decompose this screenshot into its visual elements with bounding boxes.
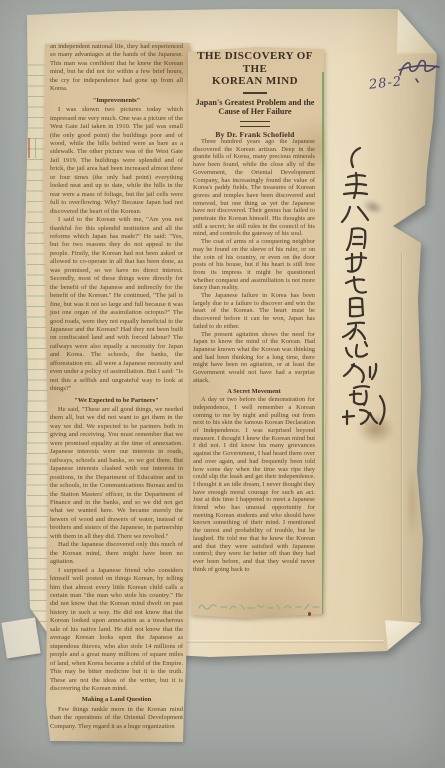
article-paragraph: Three hundred years ago the Japanese dis… [193, 138, 315, 238]
article-paragraph: The present agitation shows the need for… [193, 331, 315, 385]
article-headline-line1: THE DISCOVERY OF THE [191, 50, 319, 75]
headline-rule [243, 92, 267, 94]
byline-rule [240, 121, 270, 127]
article-paragraph: I was shown two pictures today which imp… [50, 106, 183, 216]
ink-scribble [396, 56, 442, 84]
article-subheading: A Secret Movement [193, 388, 315, 396]
article-subheading: Making a Land Question [50, 696, 183, 704]
red-ink-dot [308, 612, 311, 616]
article-paragraph: an independent national life, they had e… [50, 43, 183, 94]
paper-fragment [1, 618, 40, 659]
vertical-crease [401, 253, 403, 615]
article-subhead-line2: Cause of Her Failure [191, 107, 319, 117]
article-column-right: Three hundred years ago the Japanese dis… [193, 138, 315, 600]
vertical-handwriting-note [334, 136, 398, 428]
newspaper-clipping-left: an independent national life, they had e… [40, 37, 191, 744]
edge-streak-stain [407, 468, 417, 538]
article-masthead: THE DISCOVERY OF THE KOREAN MIND Japan's… [191, 50, 319, 139]
article-paragraph: The Japanese failure in Korea has been l… [193, 292, 315, 331]
article-subheading: "We Expected to be Partners" [50, 397, 183, 405]
photo-background: an independent national life, they had e… [0, 0, 445, 768]
green-edge-line [322, 72, 324, 616]
clipping-paper: an independent national life, they had e… [40, 37, 191, 744]
article-headline-line2: KOREAN MIND [191, 75, 319, 88]
article-paragraph: He said, "These are all good things, we … [50, 406, 183, 541]
article-paragraph: Few things rankle more in the Korean min… [50, 706, 183, 731]
article-paragraph: Had the Japanese discovered only this mu… [50, 541, 183, 566]
article-paragraph: The coat of arms of a conquering neighbo… [193, 238, 315, 292]
green-ink-annotation [196, 601, 326, 613]
article-paragraph: A day or two before the demonstration fo… [193, 396, 315, 573]
article-column-left: an independent national life, they had e… [50, 43, 183, 740]
article-subheading: "Improvements" [50, 97, 183, 105]
clipping-paper: THE DISCOVERY OF THE KOREAN MIND Japan's… [185, 42, 327, 622]
newspaper-clipping-right: THE DISCOVERY OF THE KOREAN MIND Japan's… [185, 42, 327, 622]
article-paragraph: I surprised a Japanese friend who consid… [50, 567, 183, 694]
article-subhead-line1: Japan's Greatest Problem and the [191, 98, 319, 108]
article-paragraph: I said to the Korean with me, "Are you n… [50, 216, 183, 394]
